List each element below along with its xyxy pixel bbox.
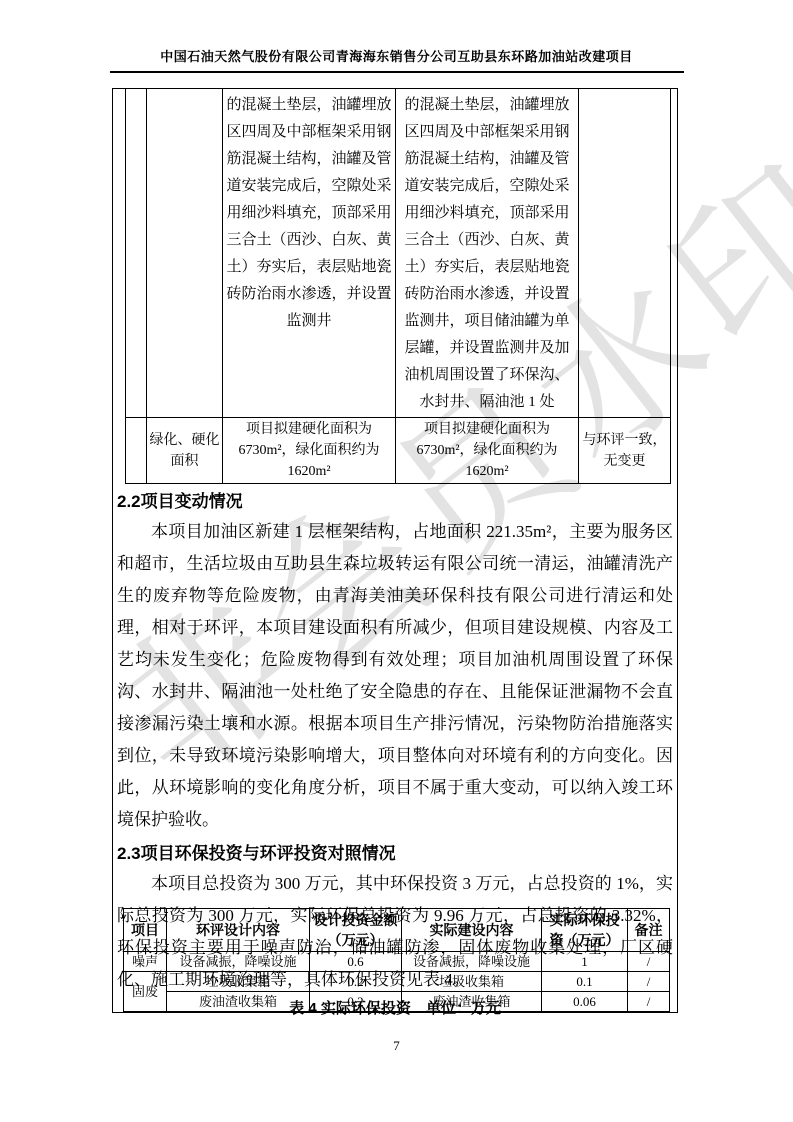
cell-eia-design-tank: 的混凝土垫层，油罐埋放区四周及中部框架采用钢筋混凝土结构，油罐及管道安装完成后，…: [223, 89, 396, 418]
header-actual-amount: 实际环保投资（万元）: [542, 909, 628, 952]
cell-remark: /: [628, 972, 670, 992]
cell-design-amount: 0.6: [310, 952, 402, 972]
table-header-row: 项目 环评设计内容 设计投资金额（万元） 实际建设内容 实际环保投资（万元） 备…: [124, 909, 670, 952]
table-row: 的混凝土垫层，油罐埋放区四周及中部框架采用钢筋混凝土结构，油罐及管道安装完成后，…: [126, 89, 671, 418]
cell-project: 噪声: [124, 952, 167, 972]
cell-design-amount: 0.2: [310, 992, 402, 1012]
header-project: 项目: [124, 909, 167, 952]
table-row-noise: 噪声 设备减振，降噪设施 0.6 设备减振，降噪设施 1 /: [124, 952, 670, 972]
cell-eia-design: 废油渣收集箱: [167, 992, 310, 1012]
cell-remark-empty: [579, 89, 671, 418]
cell-eia-design: 设备减振，降噪设施: [167, 952, 310, 972]
cell-project: 固废: [124, 972, 167, 1012]
cell-eia-design-greening: 项目拟建硬化面积为6730m²，绿化面积约为1620m²: [223, 418, 396, 484]
cell-actual-amount: 0.1: [542, 972, 628, 992]
cell-actual-content: 垃圾收集箱: [402, 972, 542, 992]
cell-actual-content: 废油渣收集箱: [402, 992, 542, 1012]
investment-table: 项目 环评设计内容 设计投资金额（万元） 实际建设内容 实际环保投资（万元） 备…: [123, 908, 670, 1012]
cell-remark: /: [628, 992, 670, 1012]
cell-actual-amount: 1: [542, 952, 628, 972]
cell-category-empty: [126, 418, 147, 484]
table-row-solid-waste-1: 固废 垃圾收集箱 0.2 垃圾收集箱 0.1 /: [124, 972, 670, 992]
cell-item-greening: 绿化、硬化面积: [147, 418, 223, 484]
header-design-amount: 设计投资金额（万元）: [310, 909, 402, 952]
cell-item-empty: [147, 89, 223, 418]
document-page: 非会员水印 中国石油天然气股份有限公司青海海东销售分公司互助县东环路加油站改建项…: [0, 0, 793, 1122]
page-header-title: 中国石油天然气股份有限公司青海海东销售分公司互助县东环路加油站改建项目: [0, 46, 793, 65]
cell-actual-amount: 0.06: [542, 992, 628, 1012]
page-number: 7: [0, 1038, 793, 1054]
header-remark: 备注: [628, 909, 670, 952]
section-2-2-heading: 2.2项目变动情况: [113, 492, 677, 512]
cell-eia-design: 垃圾收集箱: [167, 972, 310, 992]
continuation-table: 的混凝土垫层，油罐埋放区四周及中部框架采用钢筋混凝土结构，油罐及管道安装完成后，…: [125, 89, 671, 484]
section-2-3-heading: 2.3项目环保投资与环评投资对照情况: [113, 844, 677, 864]
section-2-2-paragraph: 本项目加油区新建 1 层框架结构，占地面积 221.35m²，主要为服务区和超市…: [113, 516, 677, 836]
header-divider: [110, 71, 684, 73]
table-row-solid-waste-2: 废油渣收集箱 0.2 废油渣收集箱 0.06 /: [124, 992, 670, 1012]
header-eia-design: 环评设计内容: [167, 909, 310, 952]
table-row: 绿化、硬化面积 项目拟建硬化面积为6730m²，绿化面积约为1620m² 项目拟…: [126, 418, 671, 484]
cell-actual-build-tank: 的混凝土垫层，油罐埋放区四周及中部框架采用钢筋混凝土结构，油罐及管道安装完成后，…: [396, 89, 579, 418]
cell-remark: /: [628, 952, 670, 972]
header-actual-content: 实际建设内容: [402, 909, 542, 952]
cell-actual-build-greening: 项目拟建硬化面积为6730m²，绿化面积约为1620m²: [396, 418, 579, 484]
cell-remark-greening: 与环评一致，无变更: [579, 418, 671, 484]
cell-design-amount: 0.2: [310, 972, 402, 992]
cell-actual-content: 设备减振，降噪设施: [402, 952, 542, 972]
content-frame: 的混凝土垫层，油罐埋放区四周及中部框架采用钢筋混凝土结构，油罐及管道安装完成后，…: [112, 88, 678, 1013]
cell-category-empty: [126, 89, 147, 418]
